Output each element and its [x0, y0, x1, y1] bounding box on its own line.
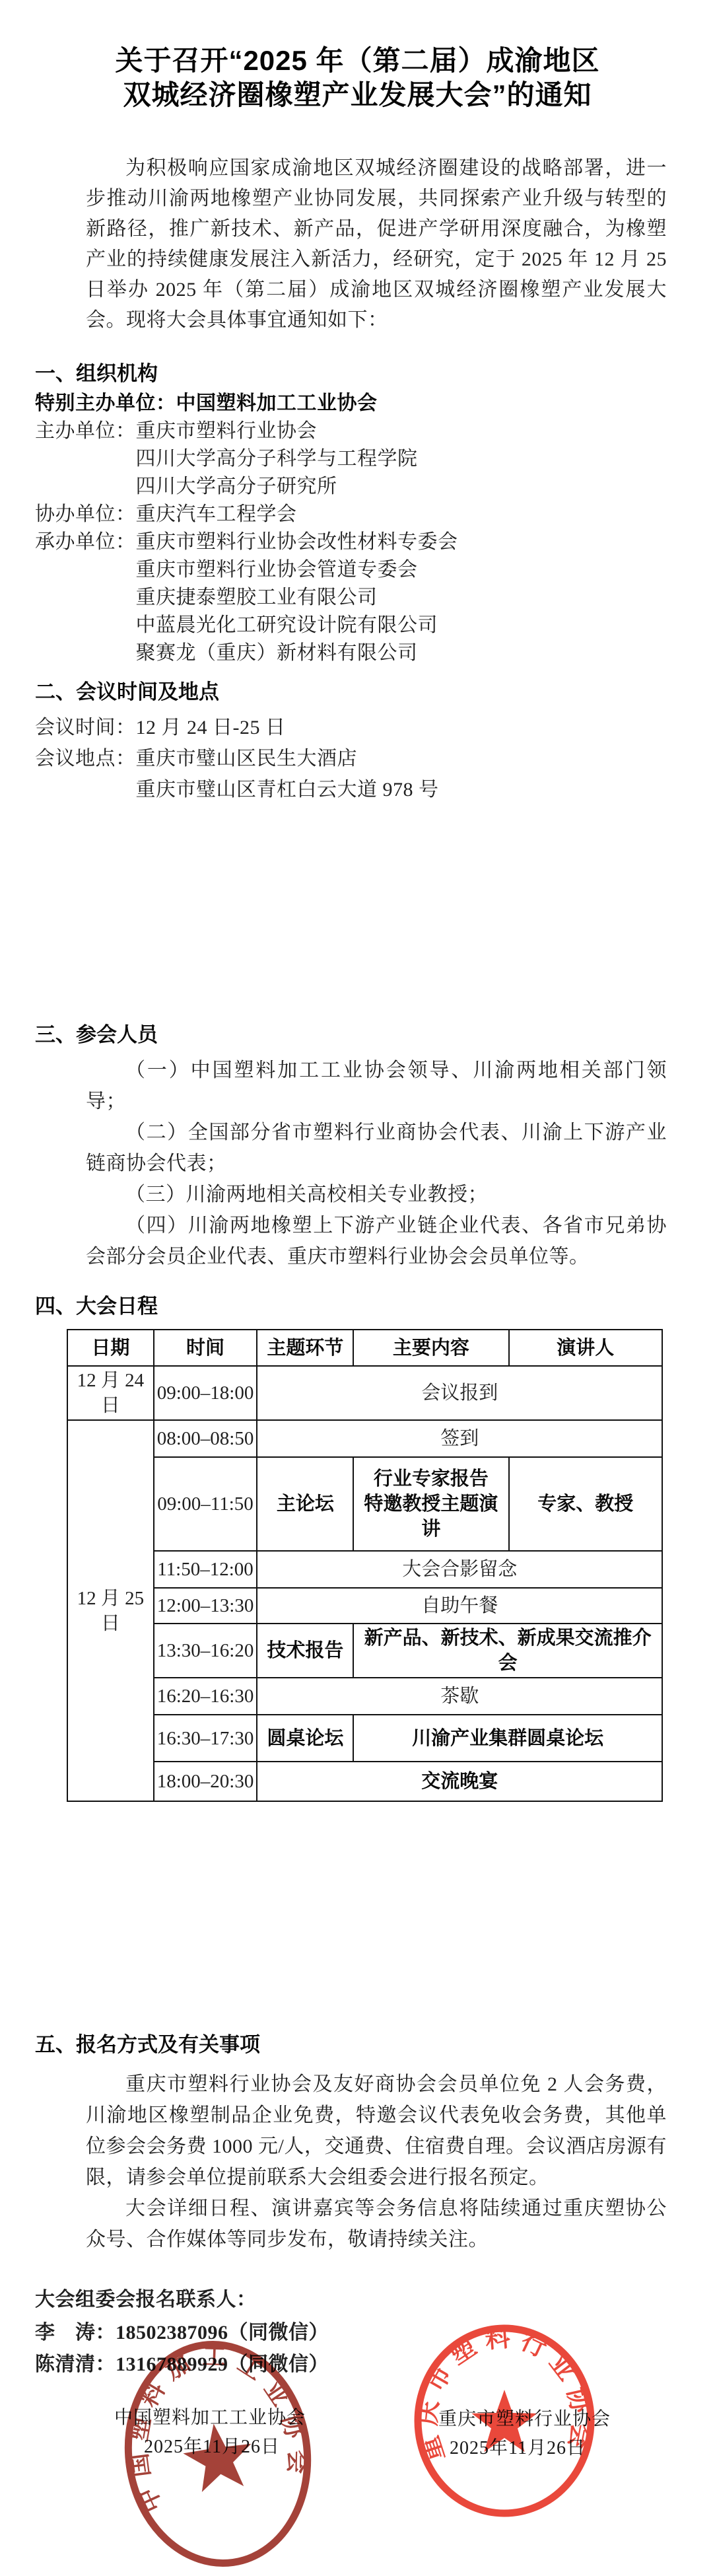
schedule-cell: 16:30–17:30	[154, 1715, 257, 1762]
row-values: 12 月 24 日-25 日	[136, 712, 715, 743]
schedule-cell: 会议报到	[257, 1366, 662, 1420]
schedule-body: 日期时间主题环节主要内容演讲人12 月 24 日09:00–18:00会议报到1…	[67, 1330, 662, 1801]
label-value-row: 协办单位：重庆汽车工程学会	[35, 501, 715, 528]
paragraph: （一）中国塑料加工工业协会领导、川渝两地相关部门领导；	[86, 1055, 667, 1117]
schedule-header-row: 日期时间主题环节主要内容演讲人	[67, 1330, 662, 1366]
row-value-line: 重庆市璧山区民生大酒店	[136, 743, 715, 774]
schedule-cell: 交流晚宴	[257, 1762, 662, 1801]
registration-paragraphs: 重庆市塑料行业协会及友好商协会会员单位免 2 人会务费，川渝地区橡塑制品企业免费…	[86, 2069, 667, 2255]
title-line-1: 关于召开“2025 年（第二届）成渝地区	[20, 44, 695, 78]
section-heading-time-place: 二、会议时间及地点	[35, 678, 715, 707]
row-value-line: 重庆汽车工程学会	[136, 501, 715, 528]
contact-heading: 大会组委会报名联系人：	[35, 2285, 715, 2314]
row-label: 会议地点：	[35, 743, 136, 805]
schedule-cell: 11:50–12:00	[154, 1551, 257, 1588]
section-heading-organization: 一、组织机构	[35, 359, 715, 388]
schedule-row: 09:00–11:50主论坛行业专家报告特邀教授主题演讲专家、教授	[67, 1457, 662, 1551]
schedule-row: 12:00–13:30自助午餐	[67, 1588, 662, 1624]
row-value-line: 中蓝晨光化工研究设计院有限公司	[136, 612, 715, 639]
schedule-cell: 09:00–18:00	[154, 1366, 257, 1420]
row-value-line: 四川大学高分子科学与工程学院	[136, 445, 715, 473]
row-value-line: 四川大学高分子研究所	[136, 473, 715, 501]
schedule-row: 12 月 24 日09:00–18:00会议报到	[67, 1366, 662, 1420]
schedule-header-cell: 演讲人	[509, 1330, 662, 1366]
schedule-header-cell: 日期	[67, 1330, 154, 1366]
organization-list: 特别主办单位：中国塑料加工工业协会主办单位：重庆市塑料行业协会四川大学高分子科学…	[35, 390, 715, 667]
schedule-cell: 13:30–16:20	[154, 1624, 257, 1678]
schedule-row: 18:00–20:30交流晚宴	[67, 1762, 662, 1801]
row-value-line: 聚赛龙（重庆）新材料有限公司	[136, 639, 715, 667]
notice-document: 关于召开“2025 年（第二届）成渝地区 双城经济圈橡塑产业发展大会”的通知 为…	[0, 0, 715, 2576]
schedule-row: 16:30–17:30圆桌论坛川渝产业集群圆桌论坛	[67, 1715, 662, 1762]
paragraph: （四）川渝两地橡塑上下游产业链企业代表、各省市兄弟协会部分会员企业代表、重庆市塑…	[86, 1210, 667, 1272]
contact-line: 李 涛：18502387096（同微信）	[35, 2317, 715, 2349]
label-value-row: 会议地点：重庆市璧山区民生大酒店重庆市璧山区青杠白云大道 978 号	[35, 743, 715, 805]
document-title: 关于召开“2025 年（第二届）成渝地区 双城经济圈橡塑产业发展大会”的通知	[20, 44, 695, 112]
schedule-header-cell: 主题环节	[257, 1330, 353, 1366]
meeting-time-place-list: 会议时间：12 月 24 日-25 日会议地点：重庆市璧山区民生大酒店重庆市璧山…	[35, 712, 715, 805]
schedule-row: 12 月 25 日08:00–08:50签到	[67, 1420, 662, 1457]
schedule-cell: 川渝产业集群圆桌论坛	[353, 1715, 662, 1762]
schedule-cell: 签到	[257, 1420, 662, 1457]
section-heading-registration: 五、报名方式及有关事项	[35, 2030, 715, 2059]
row-values: 重庆市璧山区民生大酒店重庆市璧山区青杠白云大道 978 号	[136, 743, 715, 805]
row-value-line: 重庆捷泰塑胶工业有限公司	[136, 584, 715, 612]
schedule-cell: 茶歇	[257, 1678, 662, 1715]
title-line-2: 双城经济圈橡塑产业发展大会”的通知	[20, 78, 695, 112]
schedule-table: 日期时间主题环节主要内容演讲人12 月 24 日09:00–18:00会议报到1…	[67, 1329, 663, 1802]
row-label: 会议时间：	[35, 712, 136, 743]
row-value-line: 重庆市塑料行业协会改性材料专委会	[136, 528, 715, 556]
label-value-row: 主办单位：重庆市塑料行业协会四川大学高分子科学与工程学院四川大学高分子研究所	[35, 417, 715, 501]
schedule-row: 16:20–16:30茶歇	[67, 1678, 662, 1715]
label-value-row: 特别主办单位：中国塑料加工工业协会	[35, 390, 715, 417]
schedule-cell: 12:00–13:30	[154, 1588, 257, 1624]
row-values: 重庆汽车工程学会	[136, 501, 715, 528]
seal-left-star-icon	[180, 2419, 257, 2494]
row-label: 主办单位：	[35, 417, 136, 501]
schedule-cell: 08:00–08:50	[154, 1420, 257, 1457]
row-label: 协办单位：	[35, 501, 136, 528]
section-heading-agenda: 四、大会日程	[35, 1292, 715, 1321]
row-value-line: 重庆市塑料行业协会管道专委会	[136, 556, 715, 584]
row-value-line: 重庆市塑料行业协会	[136, 417, 715, 445]
row-value-line: 中国塑料加工工业协会	[176, 390, 715, 417]
paragraph: （二）全国部分省市塑料行业商协会代表、川渝上下游产业链商协会代表；	[86, 1117, 667, 1179]
section-heading-participants: 三、参会人员	[35, 1020, 715, 1050]
schedule-cell: 技术报告	[257, 1624, 353, 1678]
schedule-row: 13:30–16:20技术报告新产品、新技术、新成果交流推介会	[67, 1624, 662, 1678]
seal-right-star-icon	[472, 2390, 537, 2452]
schedule-cell: 18:00–20:30	[154, 1762, 257, 1801]
schedule-row: 11:50–12:00大会合影留念	[67, 1551, 662, 1588]
schedule-header-cell: 主要内容	[353, 1330, 508, 1366]
schedule-cell: 专家、教授	[509, 1457, 662, 1551]
row-values: 重庆市塑料行业协会改性材料专委会重庆市塑料行业协会管道专委会重庆捷泰塑胶工业有限…	[136, 528, 715, 667]
paragraph: 大会详细日程、演讲嘉宾等会务信息将陆续通过重庆塑协公众号、合作媒体等同步发布，敬…	[86, 2193, 667, 2255]
row-label: 承办单位：	[35, 528, 136, 667]
row-values: 中国塑料加工工业协会	[176, 390, 715, 417]
row-values: 重庆市塑料行业协会四川大学高分子科学与工程学院四川大学高分子研究所	[136, 417, 715, 501]
svg-text:中国塑料加工工业协会: 中国塑料加工工业协会	[112, 2330, 317, 2517]
schedule-cell: 09:00–11:50	[154, 1457, 257, 1551]
schedule-cell: 大会合影留念	[257, 1551, 662, 1588]
intro-paragraph: 为积极响应国家成渝地区双城经济圈建设的战略部署，进一步推动川渝两地橡塑产业协同发…	[86, 153, 667, 336]
row-value-line: 12 月 24 日-25 日	[136, 712, 715, 743]
label-value-row: 承办单位：重庆市塑料行业协会改性材料专委会重庆市塑料行业协会管道专委会重庆捷泰塑…	[35, 528, 715, 667]
schedule-cell: 自助午餐	[257, 1588, 662, 1624]
schedule-cell: 16:20–16:30	[154, 1678, 257, 1715]
seal-left-ring-text: 中国塑料加工工业协会	[112, 2330, 317, 2517]
schedule-cell: 12 月 25 日	[67, 1420, 154, 1801]
schedule-cell: 圆桌论坛	[257, 1715, 353, 1762]
schedule-cell: 12 月 24 日	[67, 1366, 154, 1420]
label-value-row: 会议时间：12 月 24 日-25 日	[35, 712, 715, 743]
paragraph: （三）川渝两地相关高校相关专业教授；	[86, 1179, 667, 1210]
official-seal-right-icon: 重庆市塑料行业协会	[413, 2324, 596, 2518]
official-seal-left-icon: 中国塑料加工工业协会	[109, 2328, 326, 2576]
schedule-cell: 主论坛	[257, 1457, 353, 1551]
participants-list: （一）中国塑料加工工业协会领导、川渝两地相关部门领导；（二）全国部分省市塑料行业…	[86, 1055, 667, 1272]
row-value-line: 重庆市璧山区青杠白云大道 978 号	[136, 774, 715, 805]
schedule-cell: 新产品、新技术、新成果交流推介会	[353, 1624, 662, 1678]
paragraph: 重庆市塑料行业协会及友好商协会会员单位免 2 人会务费，川渝地区橡塑制品企业免费…	[86, 2069, 667, 2193]
schedule-header-cell: 时间	[154, 1330, 257, 1366]
row-label: 特别主办单位：	[35, 390, 176, 417]
schedule-cell: 行业专家报告特邀教授主题演讲	[353, 1457, 508, 1551]
